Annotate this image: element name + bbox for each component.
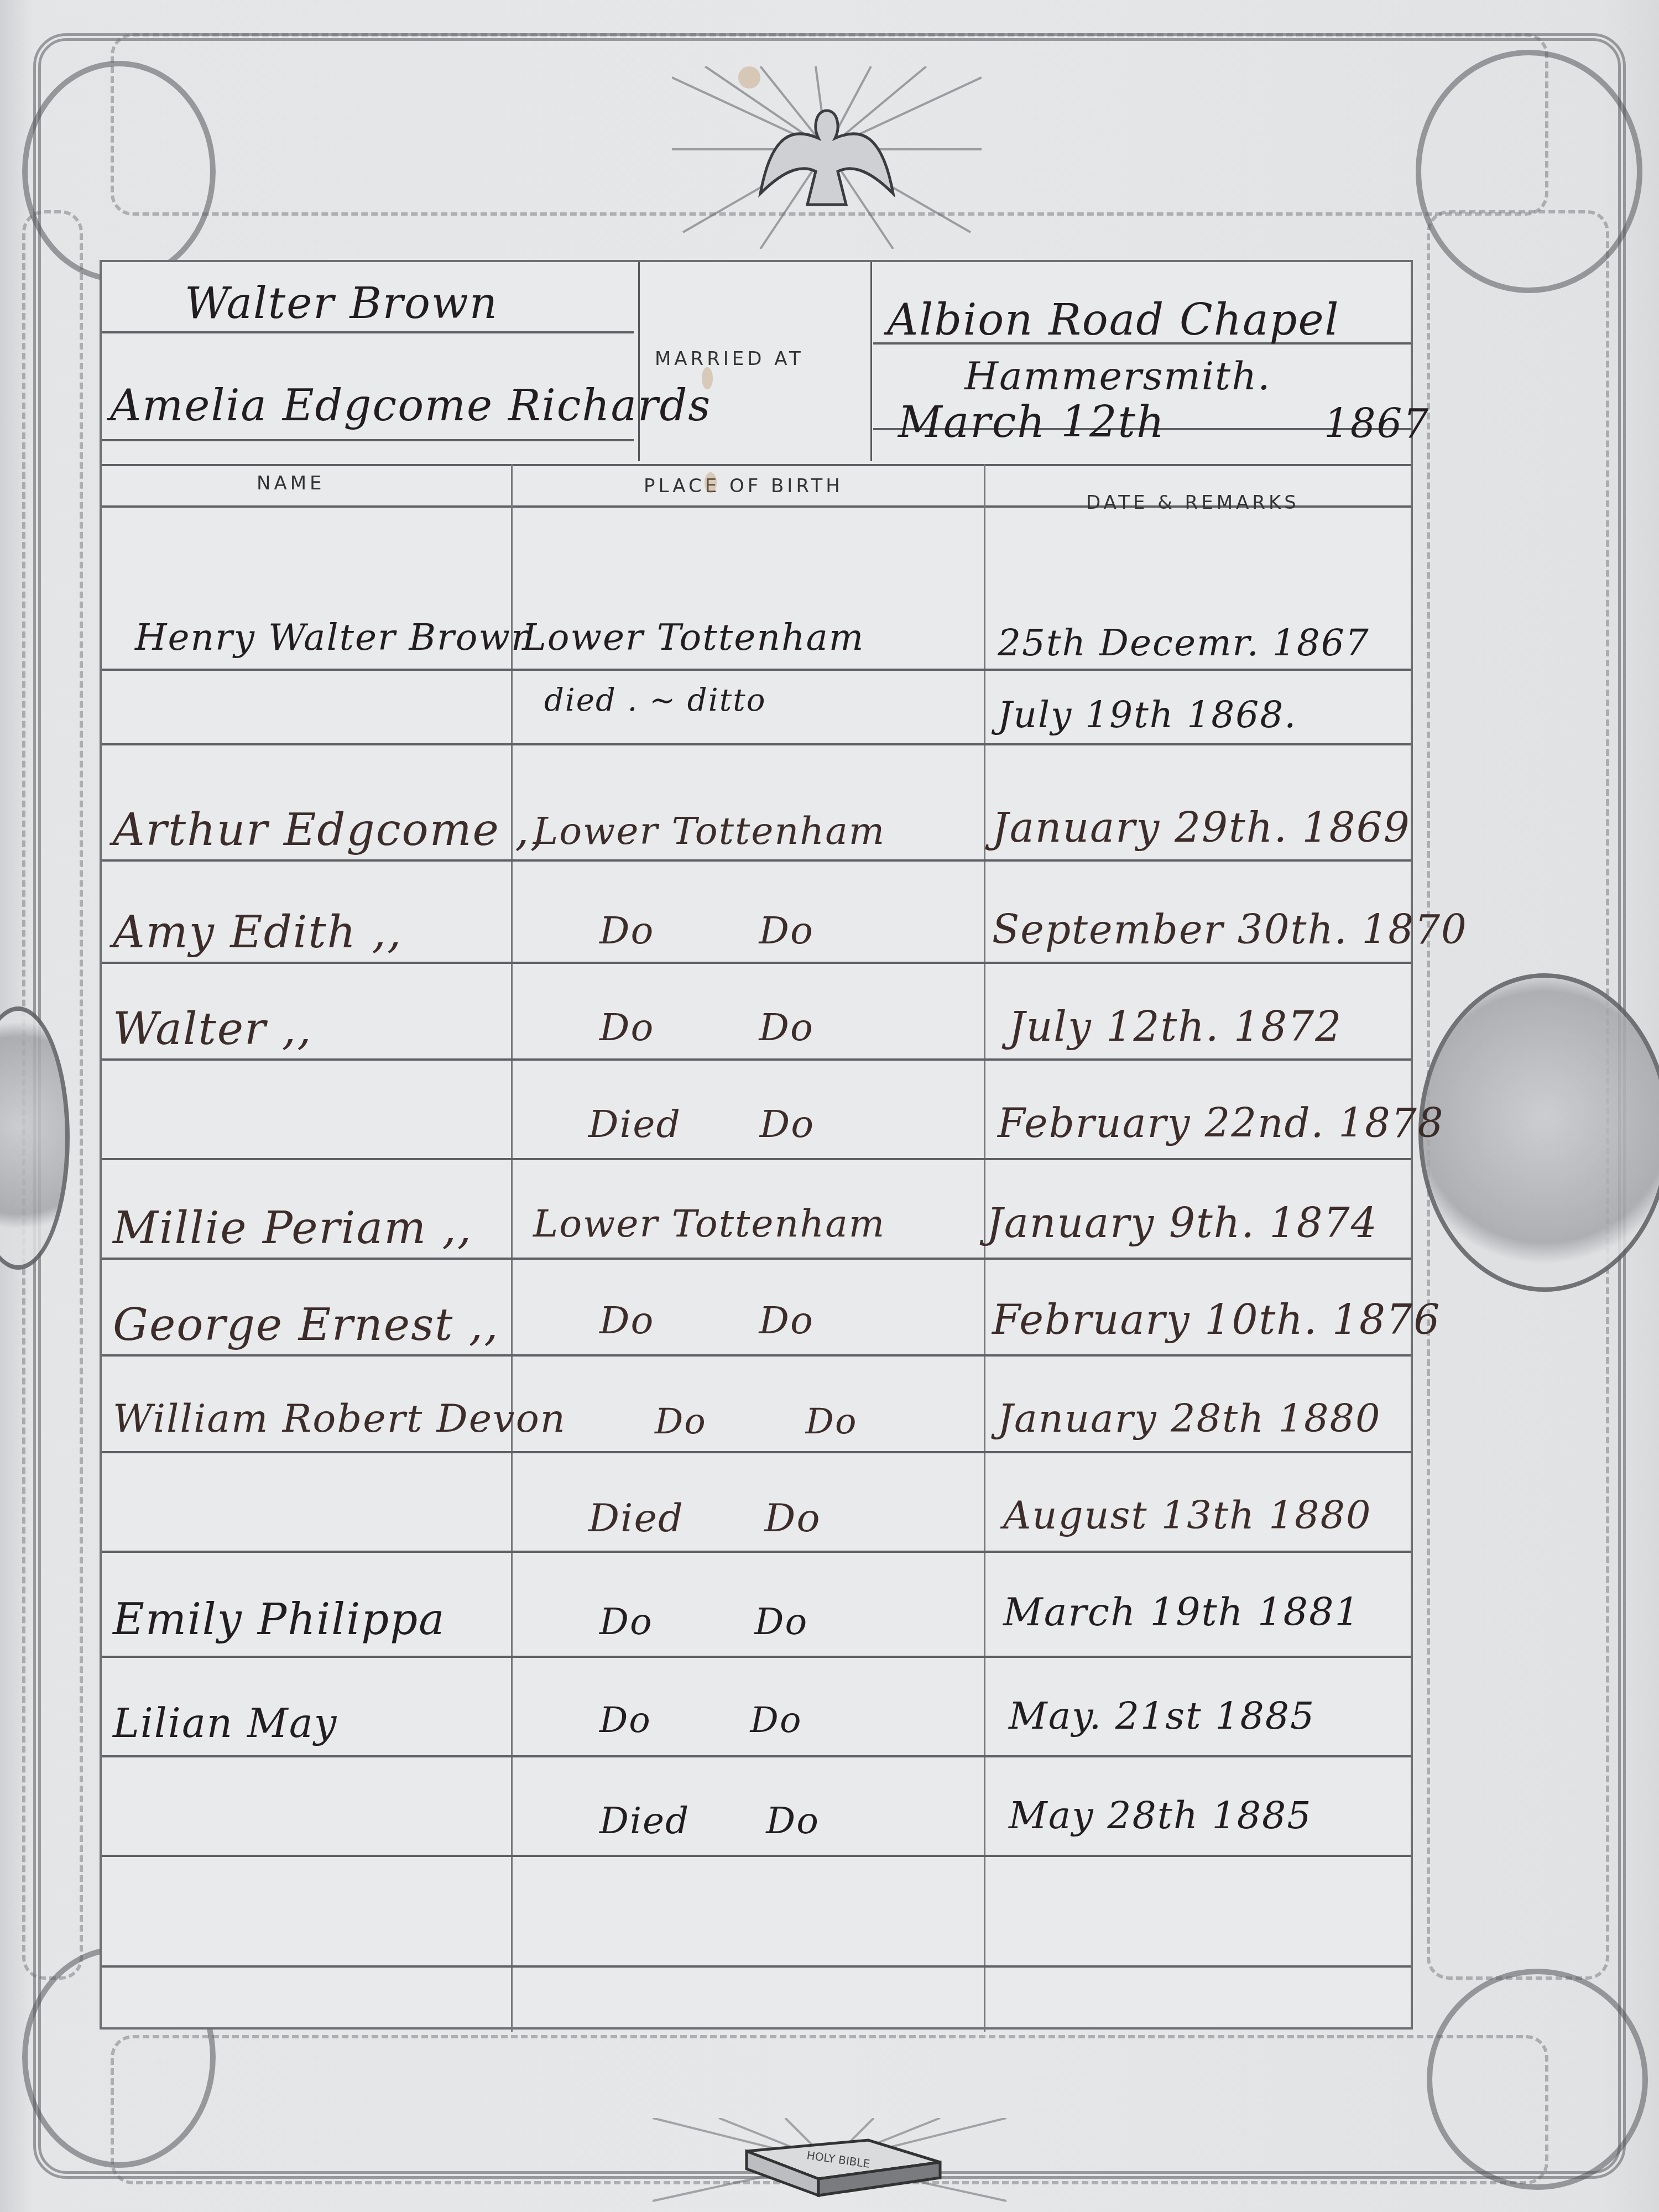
entry-date: February 10th. 1876 bbox=[992, 1296, 1441, 1344]
header-top-rule bbox=[102, 464, 1411, 466]
married-bracket-left bbox=[638, 262, 640, 461]
entry-place: Do Do bbox=[599, 1600, 808, 1643]
husband-name: Walter Brown bbox=[185, 279, 498, 328]
row-rule bbox=[102, 859, 1411, 862]
entry-name: Walter ,, bbox=[113, 1003, 312, 1055]
entry-place: Do Do bbox=[599, 1700, 802, 1741]
entry-date: January 28th 1880 bbox=[998, 1396, 1381, 1441]
row-rule bbox=[102, 743, 1411, 745]
rule bbox=[102, 439, 634, 441]
scroll-ornament-bottom-right-icon bbox=[1427, 1969, 1648, 2190]
entry-date: January 29th. 1869 bbox=[992, 804, 1411, 852]
row-rule bbox=[102, 1354, 1411, 1357]
column-header-place: PLACE OF BIRTH bbox=[644, 475, 843, 497]
scroll-ornament-top-right-icon bbox=[1416, 50, 1642, 293]
foxing-stain bbox=[702, 367, 713, 389]
foxing-stain bbox=[738, 66, 760, 88]
row-rule bbox=[102, 1158, 1411, 1160]
row-rule bbox=[102, 1451, 1411, 1453]
entry-place: Lower Tottenham bbox=[533, 1202, 885, 1246]
rule bbox=[102, 331, 634, 333]
christening-vignette-icon bbox=[1418, 973, 1659, 1292]
entry-place: Lower Tottenham bbox=[533, 810, 885, 853]
entry-date: July 12th. 1872 bbox=[1009, 1003, 1342, 1051]
entry-date: March 19th 1881 bbox=[1003, 1589, 1360, 1635]
entry-date: February 22nd. 1878 bbox=[998, 1100, 1444, 1146]
register-table: Walter Brown Amelia Edgcome Richards MAR… bbox=[100, 260, 1413, 2030]
entry-name: Emily Philippa bbox=[113, 1595, 446, 1645]
entry-place: Do Do bbox=[599, 1299, 814, 1343]
entry-place: Do Do bbox=[599, 1006, 814, 1050]
entry-place: Died Do bbox=[588, 1495, 821, 1541]
entry-name: Arthur Edgcome ,, bbox=[113, 804, 545, 855]
entry-name: Henry Walter Brown bbox=[135, 616, 535, 659]
row-rule bbox=[102, 962, 1411, 964]
entry-date: January 9th. 1874 bbox=[987, 1199, 1378, 1247]
dove-icon bbox=[672, 66, 982, 249]
column-header-name: NAME bbox=[257, 472, 325, 494]
marriage-place-line2: Hammersmith. bbox=[964, 353, 1271, 399]
entry-place: Lower Tottenham bbox=[522, 616, 864, 659]
entry-name: George Ernest ,, bbox=[113, 1299, 499, 1350]
entry-name: Millie Periam ,, bbox=[113, 1202, 472, 1254]
entry-date: May 28th 1885 bbox=[1009, 1794, 1312, 1838]
column-divider-1 bbox=[511, 464, 513, 2032]
marriage-place-line1: Albion Road Chapel bbox=[887, 295, 1340, 345]
column-header-date: DATE & REMARKS bbox=[1086, 492, 1300, 514]
foxing-stain bbox=[705, 472, 717, 493]
entry-date: 25th Decemr. 1867 bbox=[998, 622, 1370, 664]
marriage-year: 1867 bbox=[1324, 400, 1430, 447]
holy-bible-icon: HOLY BIBLE bbox=[653, 2118, 1006, 2212]
row-rule bbox=[102, 1855, 1411, 1857]
entry-place: Do Do bbox=[655, 1401, 857, 1442]
entry-date: August 13th 1880 bbox=[1003, 1493, 1372, 1538]
entry-date: July 19th 1868. bbox=[998, 693, 1297, 736]
entry-place: Died Do bbox=[588, 1103, 815, 1146]
entry-name: Amy Edith ,, bbox=[113, 906, 402, 958]
entry-name: Lilian May bbox=[113, 1700, 337, 1746]
entry-place: died . ~ ditto bbox=[544, 682, 766, 718]
column-divider-2 bbox=[984, 464, 985, 2032]
scroll-ornament-top-left-icon bbox=[22, 61, 216, 282]
row-rule bbox=[102, 1551, 1411, 1553]
row-rule bbox=[102, 1965, 1411, 1968]
married-at-label: MARRIED AT bbox=[655, 348, 804, 370]
row-rule bbox=[102, 1058, 1411, 1061]
entry-name: William Robert Devon bbox=[113, 1396, 566, 1441]
row-rule bbox=[102, 669, 1411, 671]
entry-place: Do Do bbox=[599, 909, 814, 953]
married-bracket-right bbox=[870, 262, 872, 461]
entry-date: September 30th. 1870 bbox=[992, 906, 1468, 953]
entry-place: Died Do bbox=[599, 1799, 820, 1842]
marriage-date: March 12th bbox=[898, 398, 1165, 447]
row-rule bbox=[102, 1755, 1411, 1757]
entry-date: May. 21st 1885 bbox=[1009, 1694, 1315, 1738]
row-rule bbox=[102, 1258, 1411, 1260]
register-page: HOLY BIBLE Walter Brown Amelia Edgcome R… bbox=[0, 0, 1659, 2212]
row-rule bbox=[102, 1656, 1411, 1658]
wife-name: Amelia Edgcome Richards bbox=[110, 381, 711, 431]
